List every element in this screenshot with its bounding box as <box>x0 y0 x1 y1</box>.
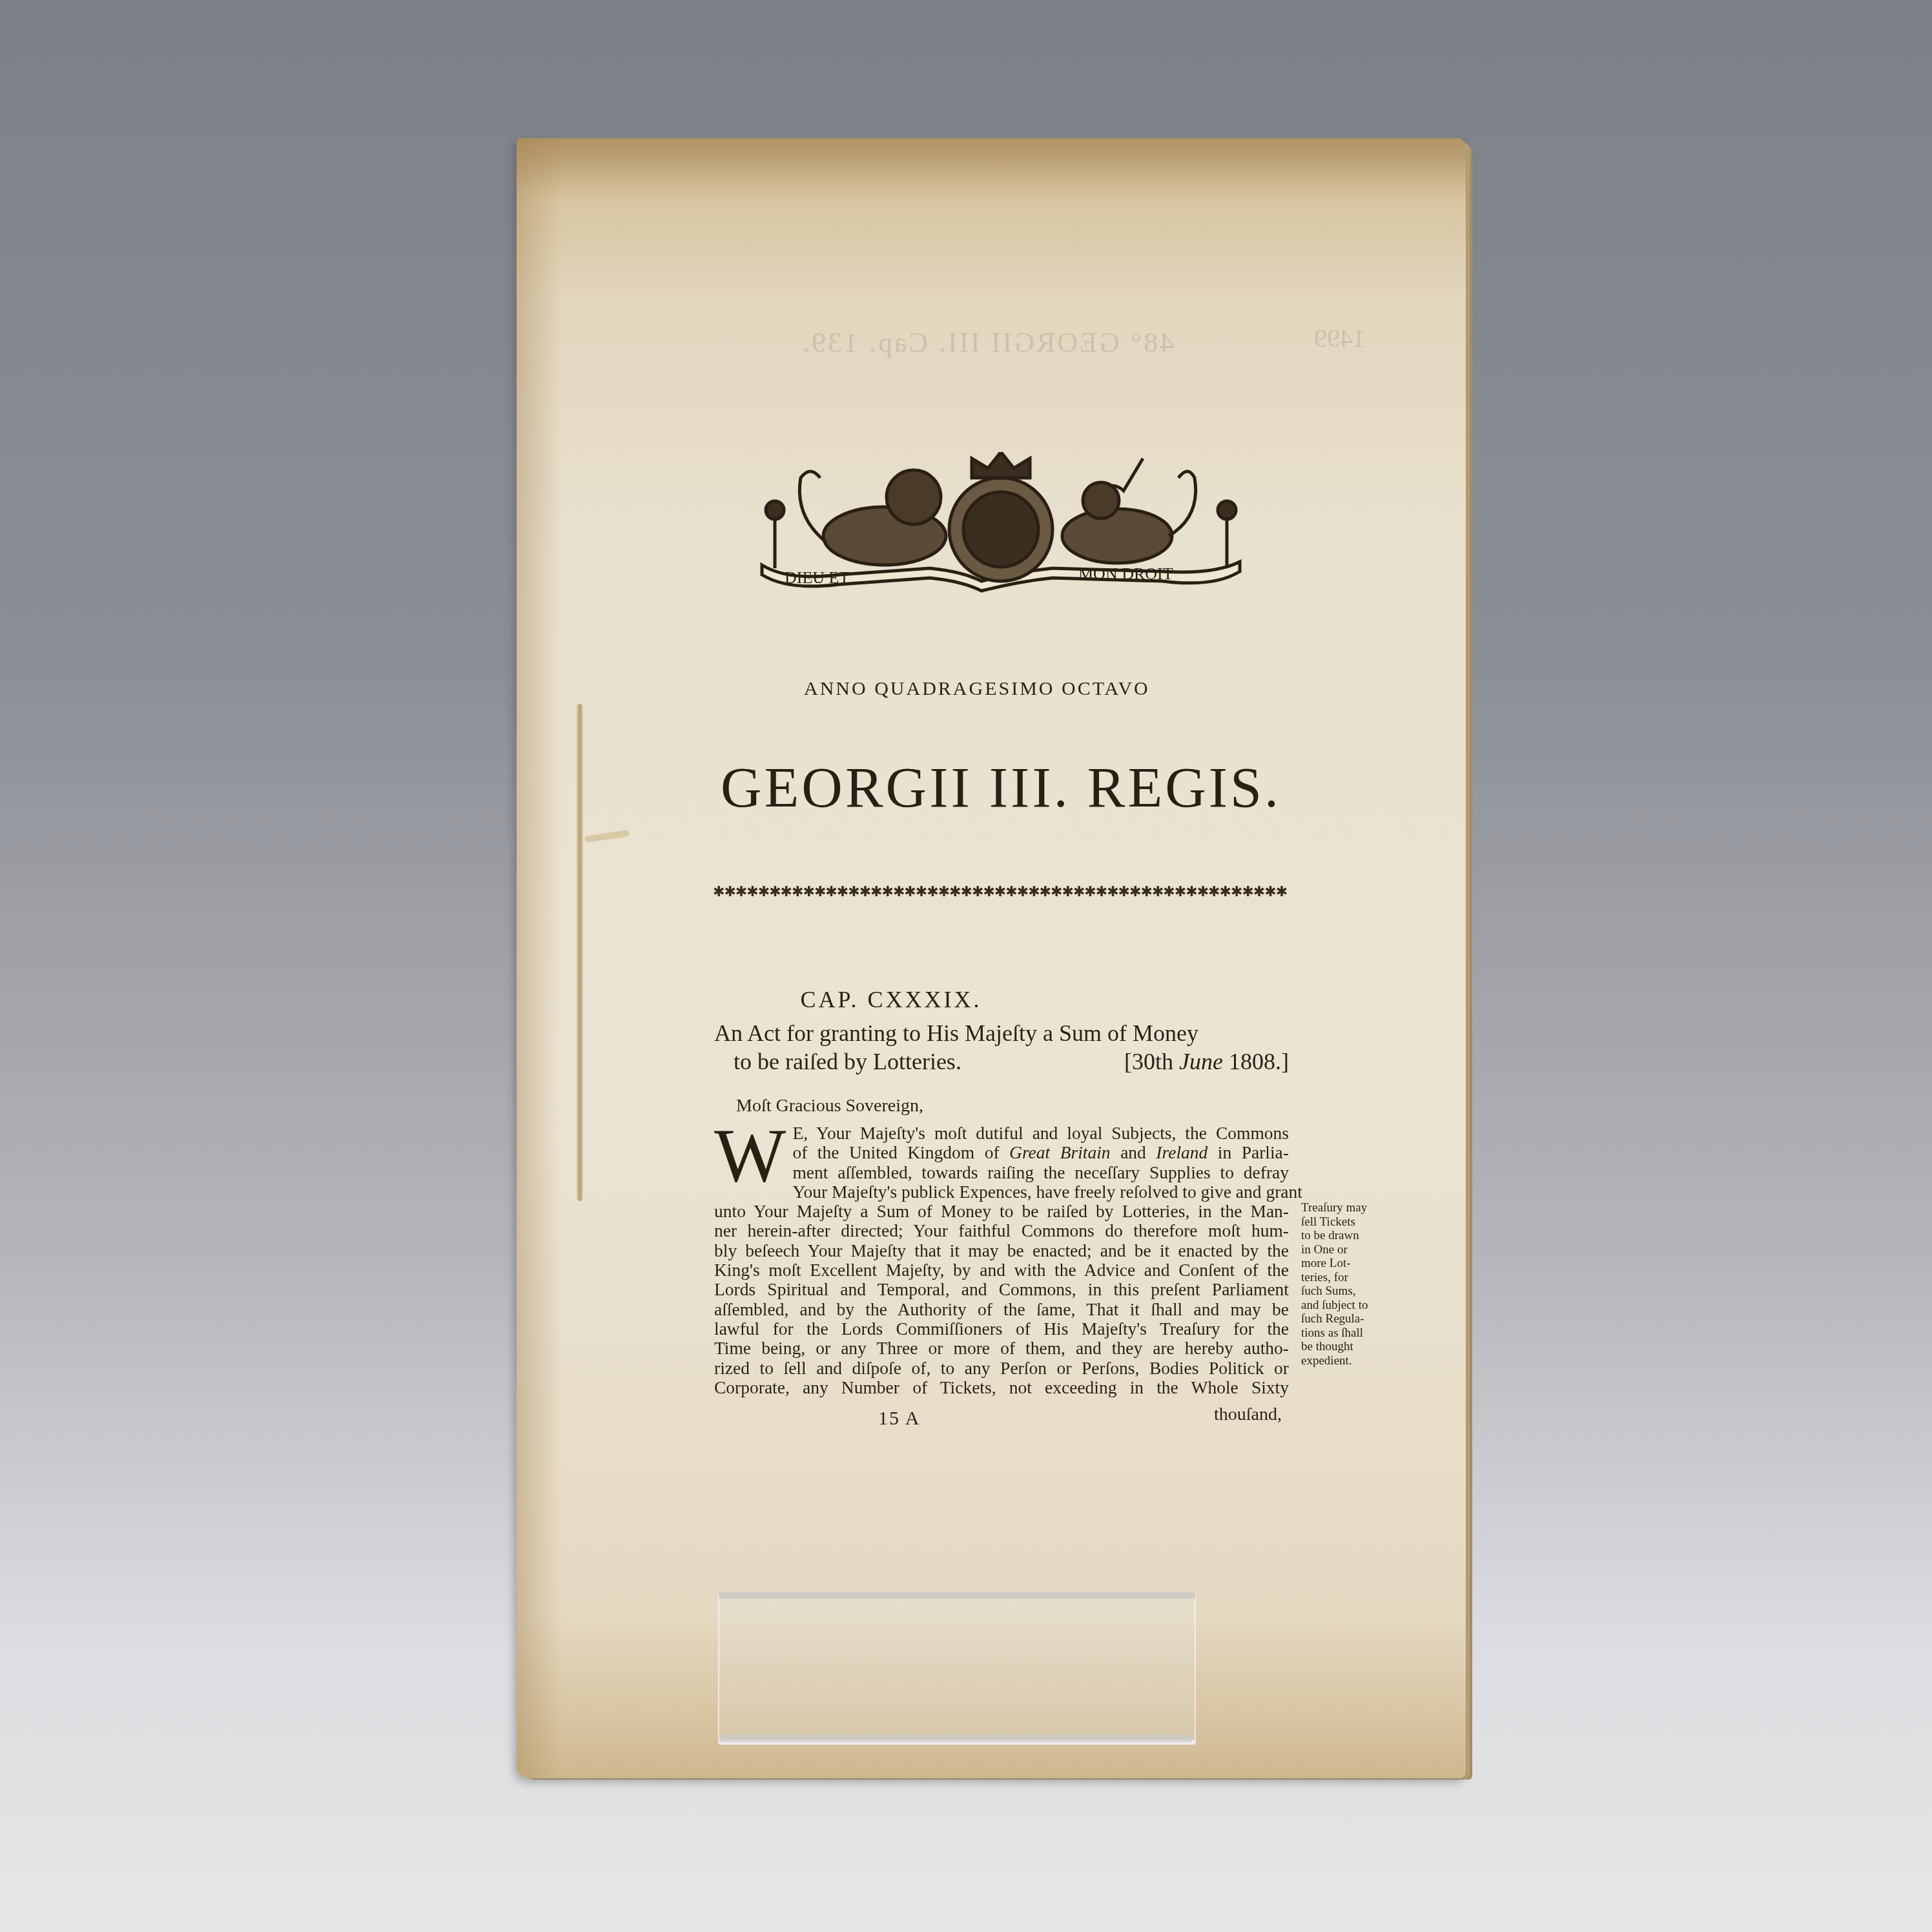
binding-stitch <box>577 704 583 1201</box>
body-line: aſſembled, and by the Authority of the ſ… <box>714 1300 1289 1319</box>
ornamental-rule: ✱✱✱✱✱✱✱✱✱✱✱✱✱✱✱✱✱✱✱✱✱✱✱✱✱✱✱✱✱✱✱✱✱✱✱✱✱✱✱✱… <box>713 883 1288 900</box>
show-through-running-head: 48° GEORGII III. Cap. 139. <box>801 326 1174 359</box>
body-line: of the United Kingdom of Great Britain a… <box>714 1143 1289 1162</box>
margin-note-line: more Lot- <box>1301 1257 1398 1271</box>
body-line: E, Your Majeſty's moſt dutiful and loyal… <box>714 1124 1289 1143</box>
margin-note-line: Treaſury may <box>1301 1201 1398 1215</box>
margin-note-line: be thought <box>1301 1340 1398 1354</box>
body-line: bly beſeech Your Majeſty that it may be … <box>714 1241 1289 1260</box>
show-through-page-number: 1499 <box>1314 323 1366 353</box>
crest-motto-left: DIEU ET <box>785 568 849 587</box>
margin-note-line: ſell Tickets <box>1301 1215 1398 1229</box>
body-line: Your Majeſty's publick Expences, have fr… <box>714 1182 1289 1202</box>
body-line: Time being, or any Three or more of them… <box>714 1339 1289 1358</box>
act-title-line-2: to be raiſed by Lotteries. [30th June 18… <box>714 1047 1289 1076</box>
body-line: King's moſt Excellent Majeſty, by and wi… <box>714 1260 1289 1280</box>
drop-cap: W <box>714 1126 786 1186</box>
crest-motto-right: MON DROIT <box>1078 564 1173 583</box>
margin-note-line: expedient. <box>1301 1354 1398 1368</box>
margin-note-line: to be drawn <box>1301 1229 1398 1243</box>
margin-note-line: tions as ſhall <box>1301 1326 1398 1341</box>
margin-note-line: ſuch Regula- <box>1301 1312 1398 1326</box>
body-line: lawful for the Lords Commiſſioners of Hi… <box>714 1319 1289 1339</box>
margin-note-line: teries, for <box>1301 1271 1398 1285</box>
body-line: Lords Spiritual and Temporal, and Common… <box>714 1280 1289 1299</box>
marginal-note: Treaſury may ſell Tickets to be drawn in… <box>1301 1201 1398 1368</box>
signature-mark: 15 A <box>878 1408 921 1430</box>
page-title: GEORGII III. REGIS. <box>710 755 1291 821</box>
body-line: ner herein-after directed; Your faithful… <box>714 1221 1289 1240</box>
body-line: rized to ſell and diſpoſe of, to any Per… <box>714 1359 1289 1378</box>
margin-note-line: and ſubject to <box>1301 1299 1398 1313</box>
preamble-text: W E, Your Majeſty's moſt dutiful and loy… <box>714 1124 1289 1397</box>
royal-coat-of-arms-icon: DIEU ET MON DROIT <box>749 452 1253 601</box>
acrylic-stand-base <box>719 1734 1192 1742</box>
body-line: unto Your Majeſty a Sum of Money to be r… <box>714 1202 1289 1221</box>
act-date: [30th June 1808.] <box>1124 1047 1289 1076</box>
body-line: ment aſſembled, towards raiſing the nece… <box>714 1163 1289 1182</box>
margin-note-line: ſuch Sums, <box>1301 1284 1398 1299</box>
margin-note-line: in One or <box>1301 1243 1398 1257</box>
act-title: An Act for granting to His Majeſty a Sum… <box>714 1019 1289 1076</box>
body-line: Corporate, any Number of Tickets, not ex… <box>714 1378 1289 1397</box>
act-title-line-1: An Act for granting to His Majeſty a Sum… <box>714 1019 1289 1047</box>
document-page <box>517 138 1466 1778</box>
act-title-line-2-text: to be raiſed by Lotteries. <box>734 1047 961 1076</box>
regnal-year-heading: ANNO QUADRAGESIMO OCTAVO <box>804 678 1150 700</box>
catchword: thouſand, <box>1214 1404 1282 1425</box>
chapter-number: CAP. CXXXIX. <box>710 986 1072 1013</box>
acrylic-display-stand <box>718 1592 1196 1745</box>
